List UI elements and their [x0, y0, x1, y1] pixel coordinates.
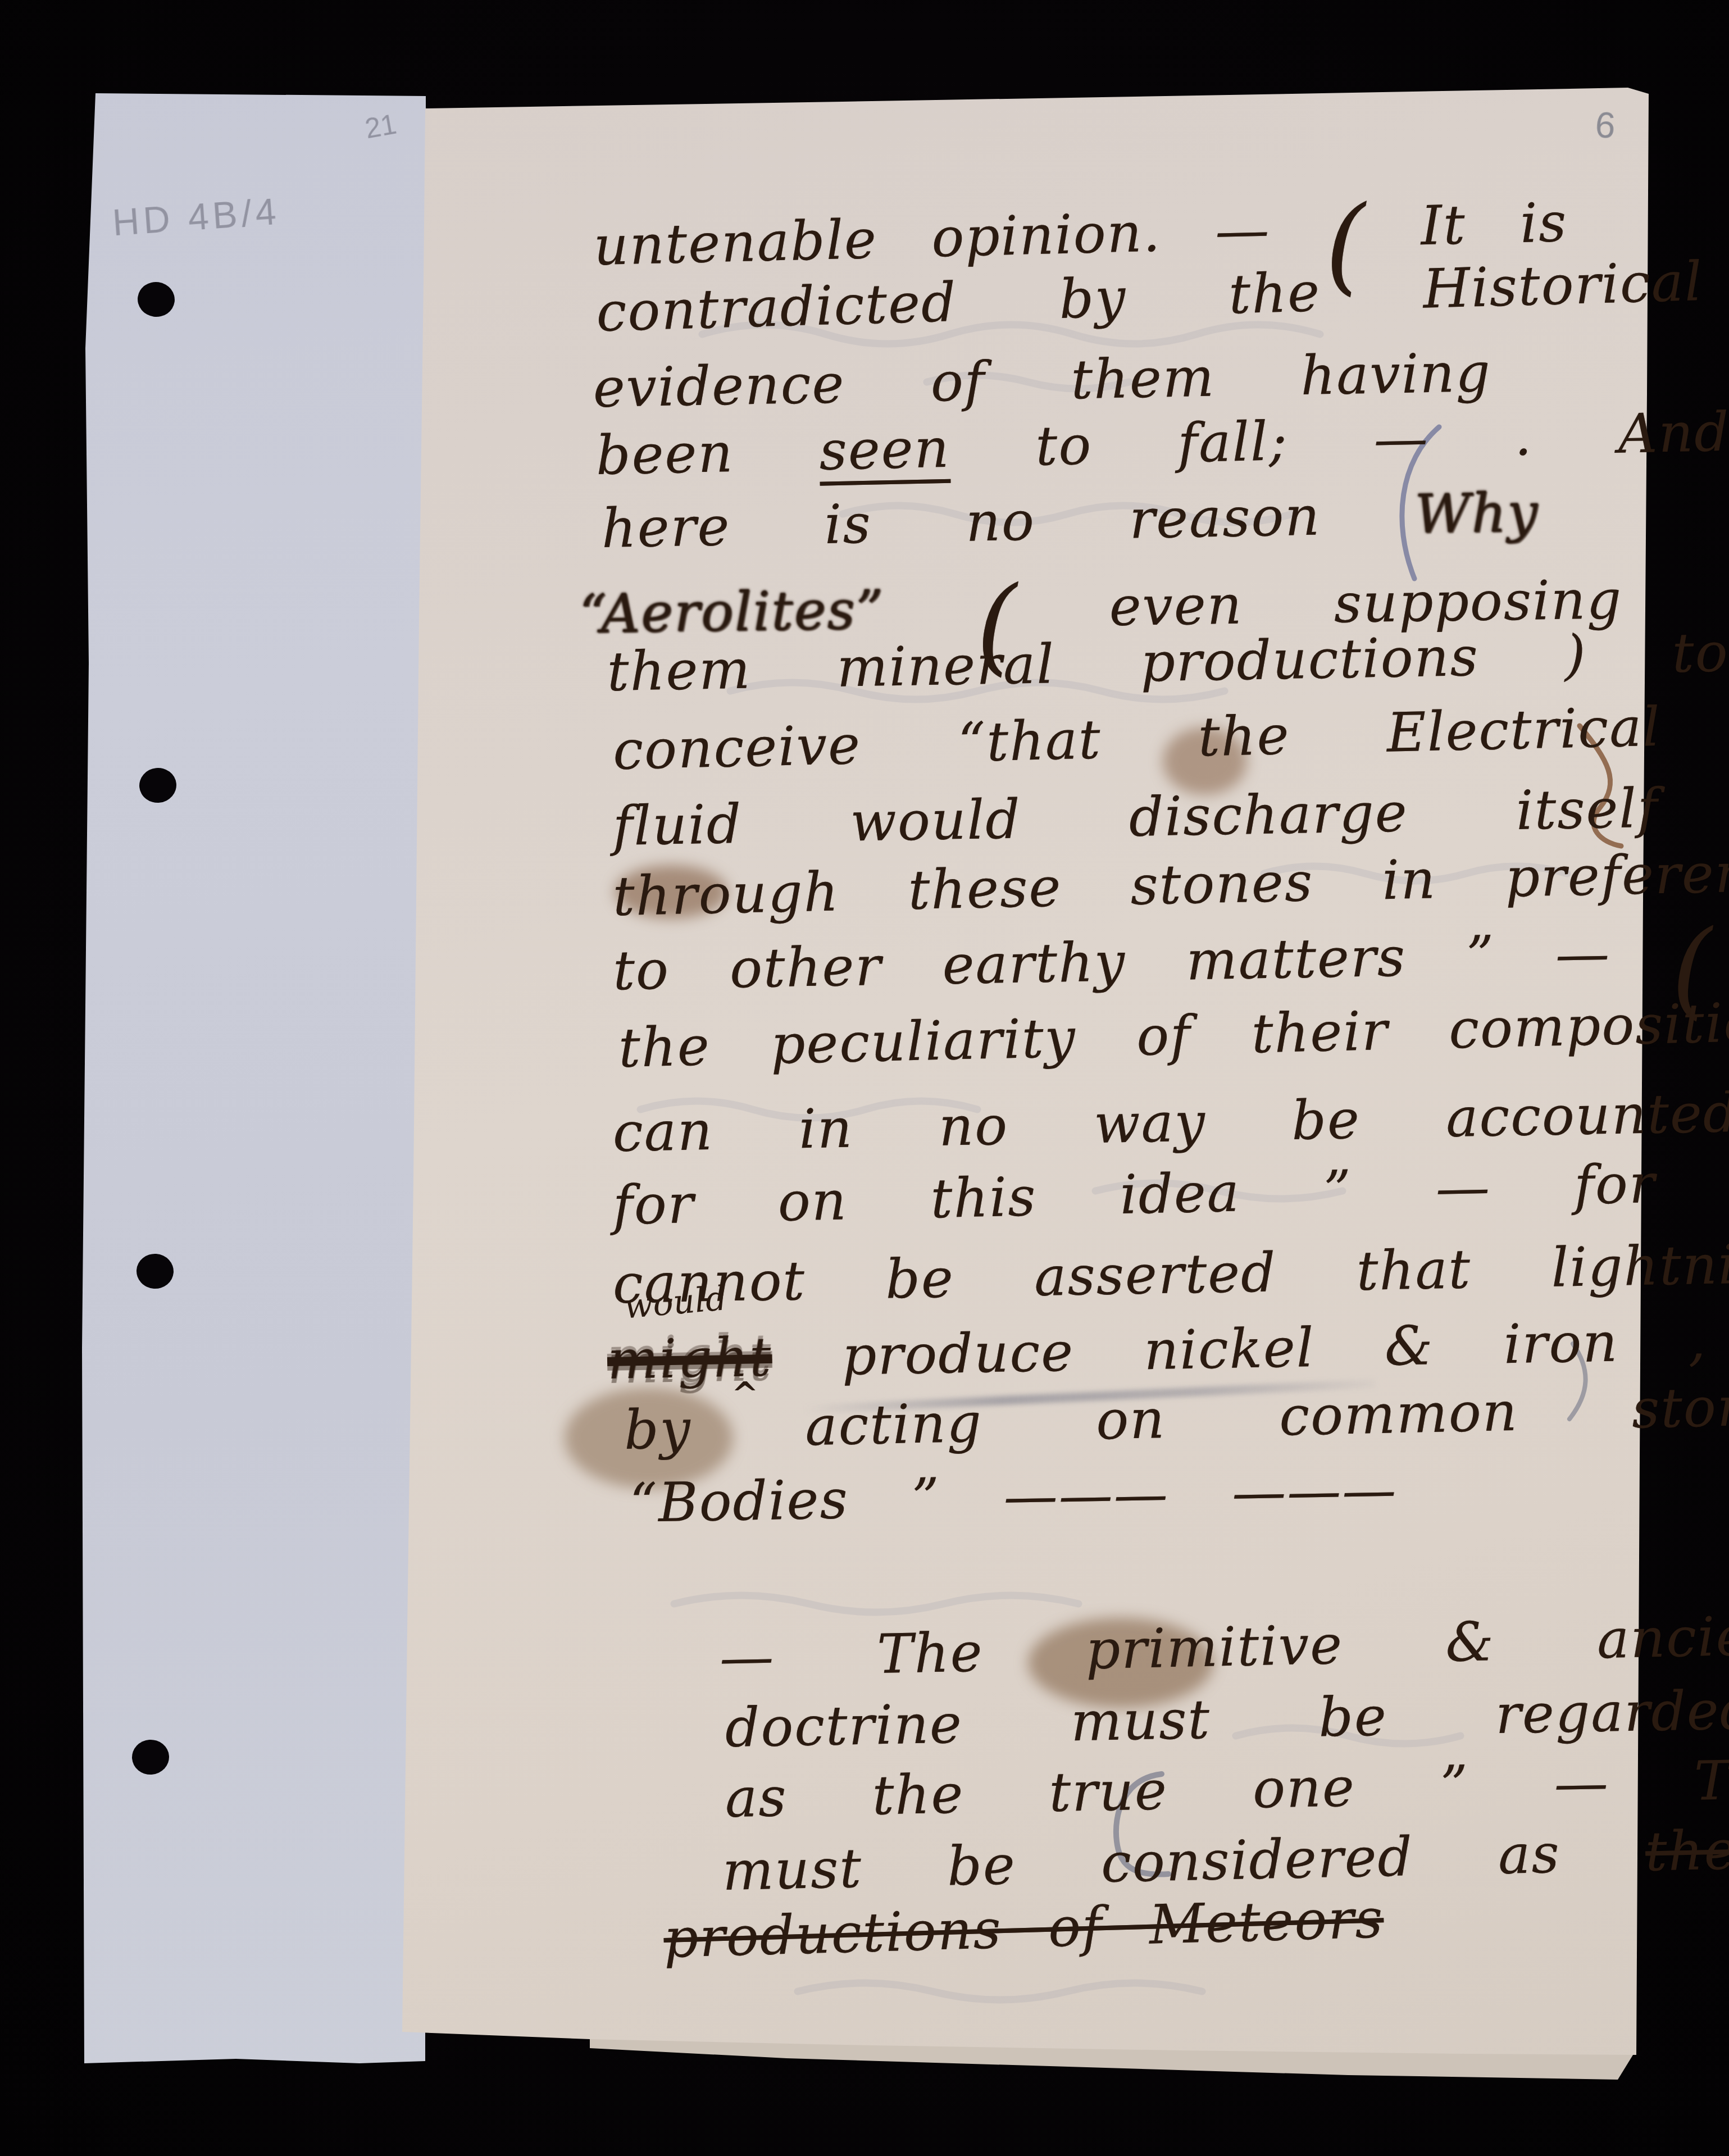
ink-word-segment: the: [1198, 704, 1291, 769]
ink-word-segment: “Bodies ” ——— ———: [629, 1458, 1398, 1535]
ink-word-segment: ancient: [1494, 1603, 1729, 1673]
ink-word-segment: conceive “that: [612, 706, 1199, 782]
manuscript-line: “Bodies ” ——— ———: [629, 1458, 1398, 1535]
page-number: 6: [1594, 104, 1617, 147]
leaf-number: 21: [362, 108, 399, 145]
ink-word-segment: “Aerolites”: [579, 579, 885, 646]
ink-word-segment: &: [1713, 918, 1729, 983]
ink-word-segment: It is: [1366, 191, 1568, 259]
ink-word-segment: Why: [1414, 481, 1540, 546]
ink-word-segment: fluid: [612, 793, 743, 858]
insertion-caret: ^: [731, 1375, 759, 1413]
ink-word-segment: And: [1618, 401, 1729, 466]
manuscript-photograph: HD 4B/4 21 6 untenable: [0, 0, 1729, 2156]
ink-word-segment: the: [1645, 1818, 1729, 1883]
ink-word-segment: Electrical: [1289, 695, 1662, 767]
ink-word-segment: [884, 577, 976, 641]
ink-word-segment: to other earthy matters ” —: [612, 921, 1671, 1002]
ink-word-segment: seen: [818, 417, 950, 483]
ink-word-segment: been: [595, 420, 820, 487]
ink-word-segment: &: [1445, 1610, 1495, 1674]
ink-word-segment: They: [1694, 1748, 1729, 1813]
